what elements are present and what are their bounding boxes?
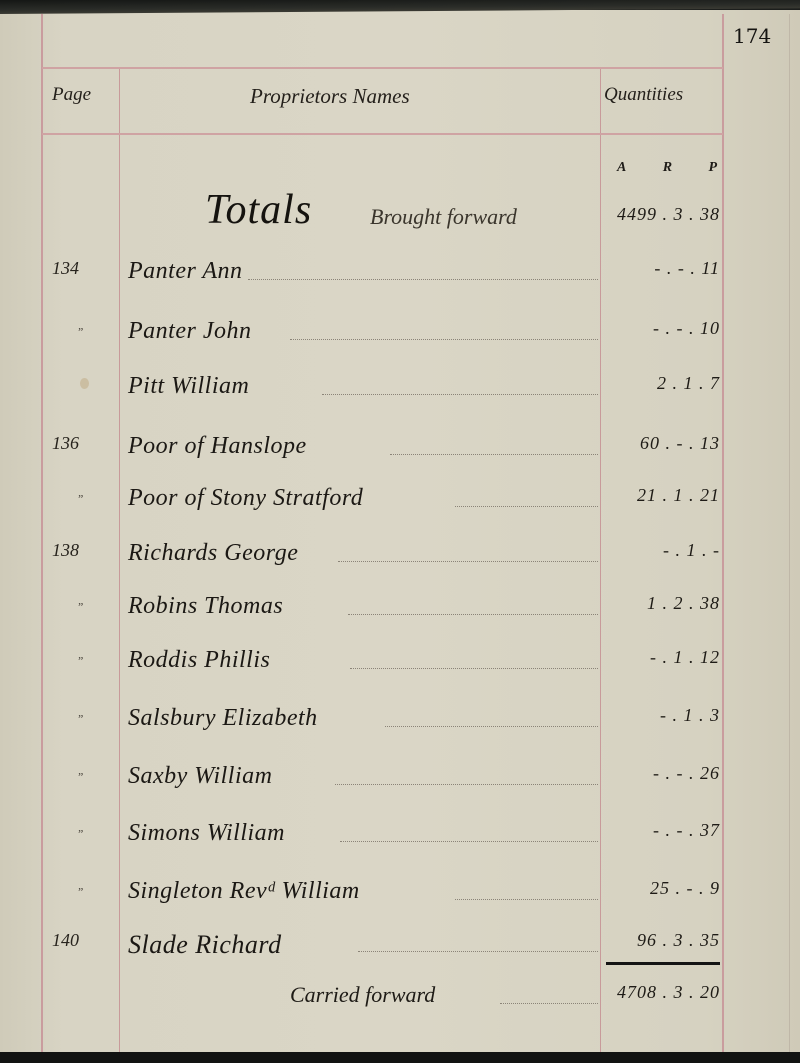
dotted-leader	[322, 394, 598, 395]
sum-underline	[606, 962, 720, 965]
dotted-leader	[500, 1003, 598, 1004]
entry-name: Simons William	[128, 820, 285, 847]
entry-quantity: 1 . 2 . 38	[604, 593, 720, 614]
dotted-leader	[340, 841, 598, 842]
ledger-entry: „ Panter John - . - . 10	[0, 318, 800, 358]
ledger-entry: „ Robins Thomas 1 . 2 . 38	[0, 593, 800, 633]
entry-quantity: - . 1 . -	[604, 540, 720, 561]
entry-quantity: - . 1 . 12	[604, 647, 720, 668]
entry-page: 134	[52, 258, 110, 279]
ledger-entry: „ Poor of Stony Stratford 21 . 1 . 21	[0, 485, 800, 525]
entry-quantity: - . - . 10	[604, 318, 720, 339]
dotted-leader	[385, 726, 598, 727]
entry-name: Robins Thomas	[128, 593, 283, 620]
header-proprietors-names: Proprietors Names	[250, 84, 410, 109]
entry-name: Richards George	[128, 540, 298, 567]
entry-name: Panter John	[128, 318, 251, 345]
header-quantities: Quantities	[604, 84, 683, 106]
entry-name: Slade Richard	[128, 930, 282, 960]
entry-name: Poor of Hanslope	[128, 433, 307, 460]
entry-quantity: - . - . 11	[604, 258, 720, 279]
entry-quantity: - . - . 37	[604, 820, 720, 841]
entry-page: 140	[52, 930, 110, 951]
page-number: 174	[733, 24, 771, 48]
ledger-entry: 134 Panter Ann - . - . 11	[0, 258, 800, 298]
entry-quantity: - . - . 26	[604, 763, 720, 784]
units-row: A R P	[617, 160, 717, 176]
dotted-leader	[248, 279, 598, 280]
brought-forward-quantity: 4499 . 3 . 38	[604, 204, 720, 225]
dotted-leader	[455, 506, 598, 507]
ledger-entry: „ Salsbury Elizabeth - . 1 . 3	[0, 705, 800, 745]
entry-name: Salsbury Elizabeth	[128, 705, 318, 732]
brought-forward-row: Totals Brought forward 4499 . 3 . 38	[0, 200, 800, 240]
dotted-leader	[348, 614, 598, 615]
dotted-leader	[335, 784, 598, 785]
dotted-leader	[338, 561, 598, 562]
brought-forward-label: Brought forward	[370, 204, 517, 230]
header-top-rule	[42, 67, 723, 69]
entry-name: Roddis Phillis	[128, 647, 270, 674]
ledger-entry: Pitt William 2 . 1 . 7	[0, 373, 800, 413]
unit-acres: A	[617, 160, 626, 176]
unit-roods: R	[663, 160, 672, 176]
dotted-leader	[390, 454, 598, 455]
ledger-entry: „ Singleton Revᵈ William 25 . - . 9	[0, 878, 800, 918]
carried-forward-row: Carried forward 4708 . 3 . 20	[0, 982, 800, 1022]
entry-quantity: 25 . - . 9	[604, 878, 720, 899]
entry-quantity: 60 . - . 13	[604, 433, 720, 454]
dotted-leader	[290, 339, 598, 340]
ledger-entry: 138 Richards George - . 1 . -	[0, 540, 800, 580]
dotted-leader	[358, 951, 598, 952]
ledger-entry: „ Simons William - . - . 37	[0, 820, 800, 860]
totals-label: Totals	[205, 186, 312, 234]
entry-quantity: 96 . 3 . 35	[604, 930, 720, 951]
entry-page: 138	[52, 540, 110, 561]
ledger-entry: „ Saxby William - . - . 26	[0, 763, 800, 803]
carried-forward-quantity: 4708 . 3 . 20	[604, 982, 720, 1003]
dotted-leader	[350, 668, 598, 669]
entry-name: Saxby William	[128, 763, 272, 790]
entry-name: Poor of Stony Stratford	[128, 485, 363, 512]
entry-page: 136	[52, 433, 110, 454]
book-bottom-edge	[0, 1052, 800, 1063]
entry-name: Singleton Revᵈ William	[128, 878, 360, 905]
entry-quantity: 21 . 1 . 21	[604, 485, 720, 506]
carried-forward-label: Carried forward	[290, 982, 435, 1008]
entry-quantity: - . 1 . 3	[604, 705, 720, 726]
ledger-entry: „ Roddis Phillis - . 1 . 12	[0, 647, 800, 687]
entry-name: Panter Ann	[128, 258, 243, 285]
unit-perches: P	[708, 160, 717, 176]
dotted-leader	[455, 899, 598, 900]
ledger-entry: 136 Poor of Hanslope 60 . - . 13	[0, 433, 800, 473]
entry-name: Pitt William	[128, 373, 249, 400]
header-page-column: Page	[52, 84, 91, 106]
header-bottom-rule	[42, 133, 723, 135]
entry-quantity: 2 . 1 . 7	[604, 373, 720, 394]
